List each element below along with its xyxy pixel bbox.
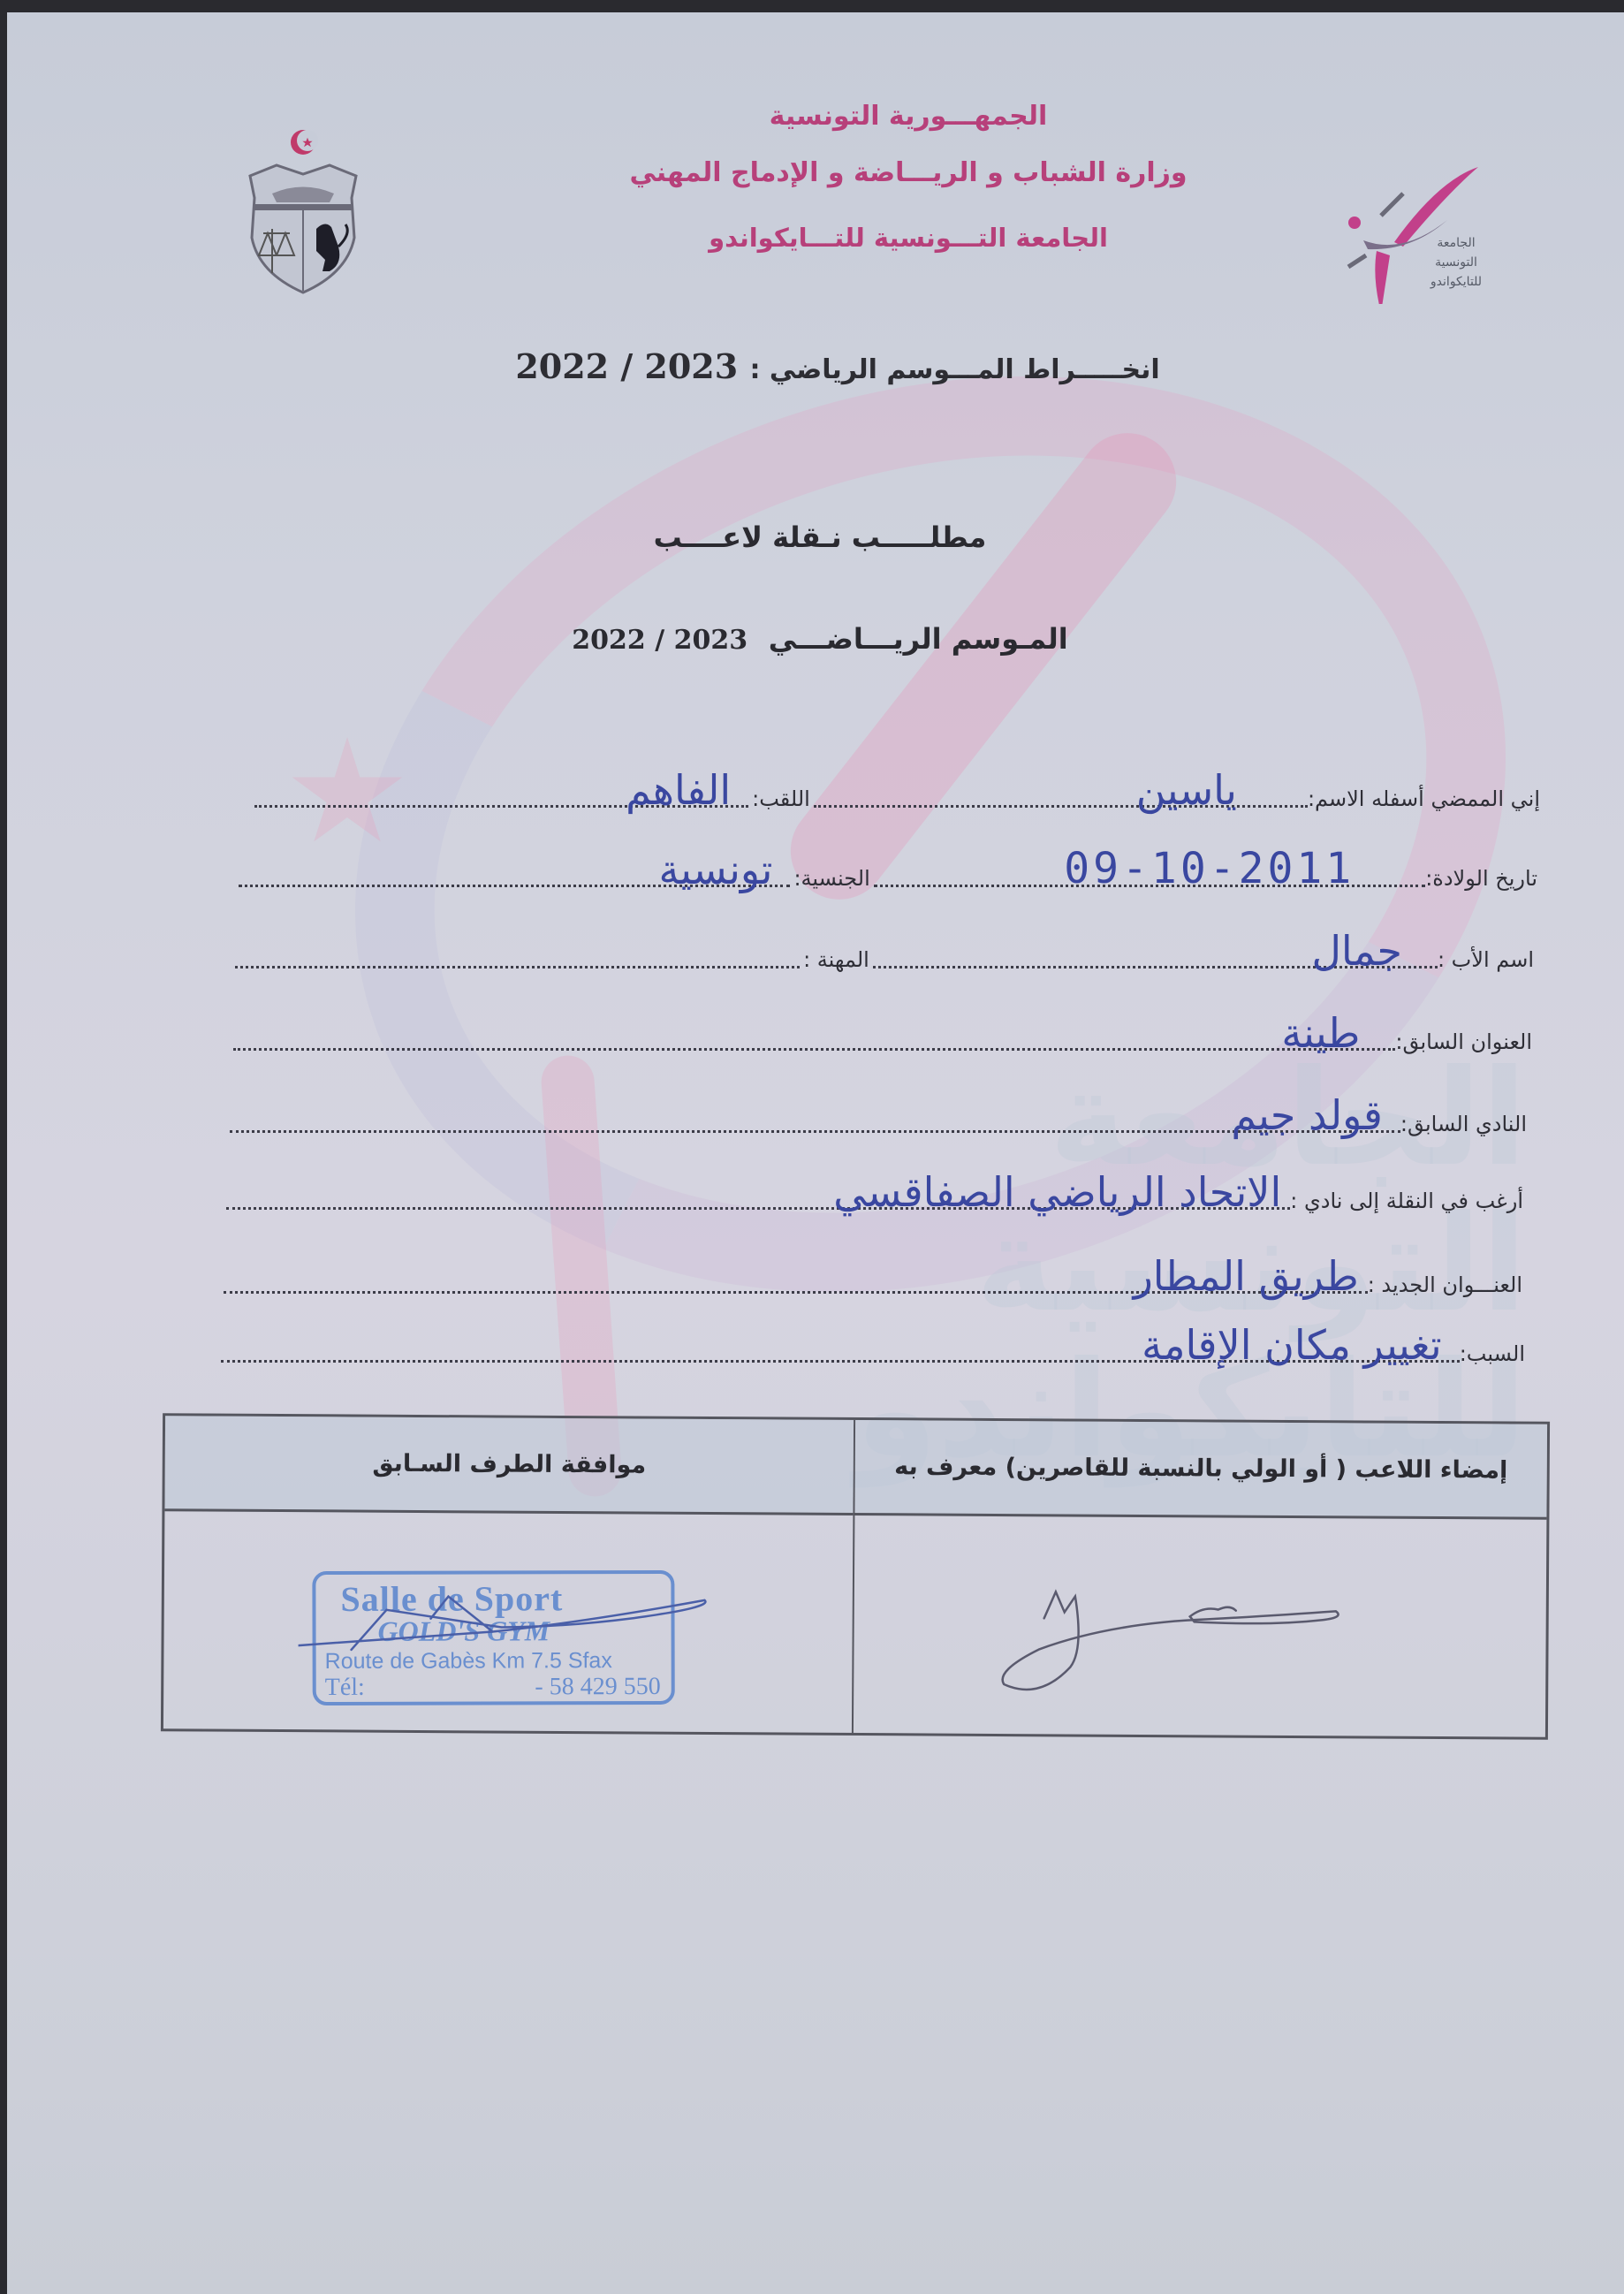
field-sublabel: المهنة : (800, 947, 873, 977)
surname-field[interactable]: الفاهم (254, 752, 748, 808)
field-label: إني الممضي أسفله الاسم: (1308, 786, 1540, 817)
table-header-previous-party-approval: موافقة الطرف السـابق (164, 1416, 854, 1515)
birthdate-field[interactable]: 09-10-2011 (874, 832, 1425, 887)
registration-season-value: 2022 / 2023 (515, 346, 738, 386)
nationality-value: تونسية (658, 849, 772, 890)
club-stamp: Salle de Sport GOLD'S GYM Route de Gabès… (312, 1570, 674, 1705)
field-label: العنوان السابق: (1395, 1029, 1532, 1060)
registration-season: انخـــــراط المـــوسم الرياضي : 2022 / 2… (502, 346, 1173, 386)
field-label: اسم الأب : (1438, 947, 1534, 977)
previous-club-field[interactable]: قولد جيم (230, 1077, 1400, 1133)
new-club-field[interactable]: الاتحاد الرياضي الصفاقسي (226, 1154, 1290, 1210)
new-address-field[interactable]: طريق المطار (224, 1238, 1368, 1294)
header-republic: الجمهـــورية التونسية (537, 103, 1279, 130)
previous-club-value: قولد جيم (1231, 1095, 1382, 1136)
form-row-previous-club: النادي السابق: قولد جيم (230, 1089, 1527, 1142)
player-signature-cell[interactable] (852, 1515, 1546, 1737)
profession-field[interactable] (235, 913, 800, 968)
signatures-table: إمضاء اللاعب ( أو الولي بالنسبة للقاصرين… (161, 1413, 1550, 1740)
field-label: أرغب في النقلة إلى نادي : (1290, 1189, 1523, 1219)
form-row-birthdate: تاريخ الولادة: 09-10-2011 الجنسية: تونسي… (239, 843, 1537, 896)
field-label: النادي السابق: (1400, 1112, 1527, 1142)
field-sublabel: اللقب: (748, 786, 814, 817)
table-header-player-signature: إمضاء اللاعب ( أو الولي بالنسبة للقاصرين… (853, 1420, 1547, 1520)
logo-text-line: للتايكواندو (1421, 272, 1491, 292)
reason-field[interactable]: تغيير مكان الإقامة (221, 1307, 1460, 1363)
tunisia-coat-of-arms-icon (241, 123, 365, 300)
field-label: العنـــوان الجديد : (1368, 1272, 1522, 1303)
field-label: السبب: (1460, 1341, 1525, 1371)
stamp-phone: Tél: - 58 429 550 (325, 1673, 661, 1702)
header-ministry: وزارة الشباب و الريـــاضة و الإدماج المه… (537, 160, 1279, 186)
field-sublabel: الجنسية: (790, 866, 873, 896)
form-row-reason: السبب: تغيير مكان الإقامة (221, 1318, 1525, 1371)
father-name-value: جمال (1311, 931, 1401, 971)
taekwondo-federation-logo: الجامعة التونسية للتايكواندو (1315, 145, 1491, 304)
new-club-value: الاتحاد الرياضي الصفاقسي (833, 1172, 1281, 1212)
previous-address-field[interactable]: طينة (233, 995, 1395, 1051)
season-value: 2022 / 2023 (572, 625, 747, 656)
previous-address-value: طينة (1281, 1013, 1360, 1053)
logo-text-line: التونسية (1421, 253, 1491, 272)
stamp-tel-label: Tél: (325, 1674, 365, 1701)
stamp-signature-scribble-icon (298, 1583, 713, 1663)
previous-party-approval-cell[interactable]: Salle de Sport GOLD'S GYM Route de Gabès… (163, 1511, 853, 1733)
surname-value: الفاهم (626, 770, 731, 810)
new-address-value: طريق المطار (1134, 1256, 1359, 1296)
form-row-previous-address: العنوان السابق: طينة (233, 1006, 1532, 1060)
stamp-tel-value: - 58 429 550 (535, 1673, 660, 1701)
logo-text-line: الجامعة (1421, 233, 1491, 253)
form-row-new-club: أرغب في النقلة إلى نادي : الاتحاد الرياض… (226, 1166, 1523, 1219)
document-header: الجمهـــورية التونسية وزارة الشباب و الر… (537, 96, 1279, 251)
name-field[interactable]: ياسين (814, 752, 1308, 808)
form-row-father: اسم الأب : جمال المهنة : (235, 924, 1534, 977)
form-row-new-address: العنـــوان الجديد : طريق المطار (224, 1250, 1522, 1303)
registration-label: انخـــــراط المـــوسم الرياضي : (749, 354, 1159, 385)
document-title: مطلـــــب نـقلة لاعــــب (555, 520, 1085, 554)
form-row-name: إني الممضي أسفله الاسم: ياسين اللقب: الف… (254, 763, 1540, 817)
header-federation: الجامعة التـــونسية للتـــايكواندو (537, 225, 1279, 251)
field-label: تاريخ الولادة: (1425, 866, 1537, 896)
document-season: المـوسم الريـــاضـــي 2022 / 2023 (555, 622, 1085, 656)
reason-value: تغيير مكان الإقامة (1142, 1325, 1442, 1365)
birthdate-value: 09-10-2011 (1064, 847, 1355, 890)
nationality-field[interactable]: تونسية (239, 832, 790, 887)
document-page: الجامعة التونسية للتايكواندو الجامعة الت… (7, 12, 1624, 2294)
name-value: ياسين (1136, 770, 1237, 810)
father-name-field[interactable]: جمال (873, 913, 1438, 968)
handwritten-signature-icon (986, 1569, 1358, 1705)
season-label: المـوسم الريـــاضـــي (769, 622, 1068, 656)
